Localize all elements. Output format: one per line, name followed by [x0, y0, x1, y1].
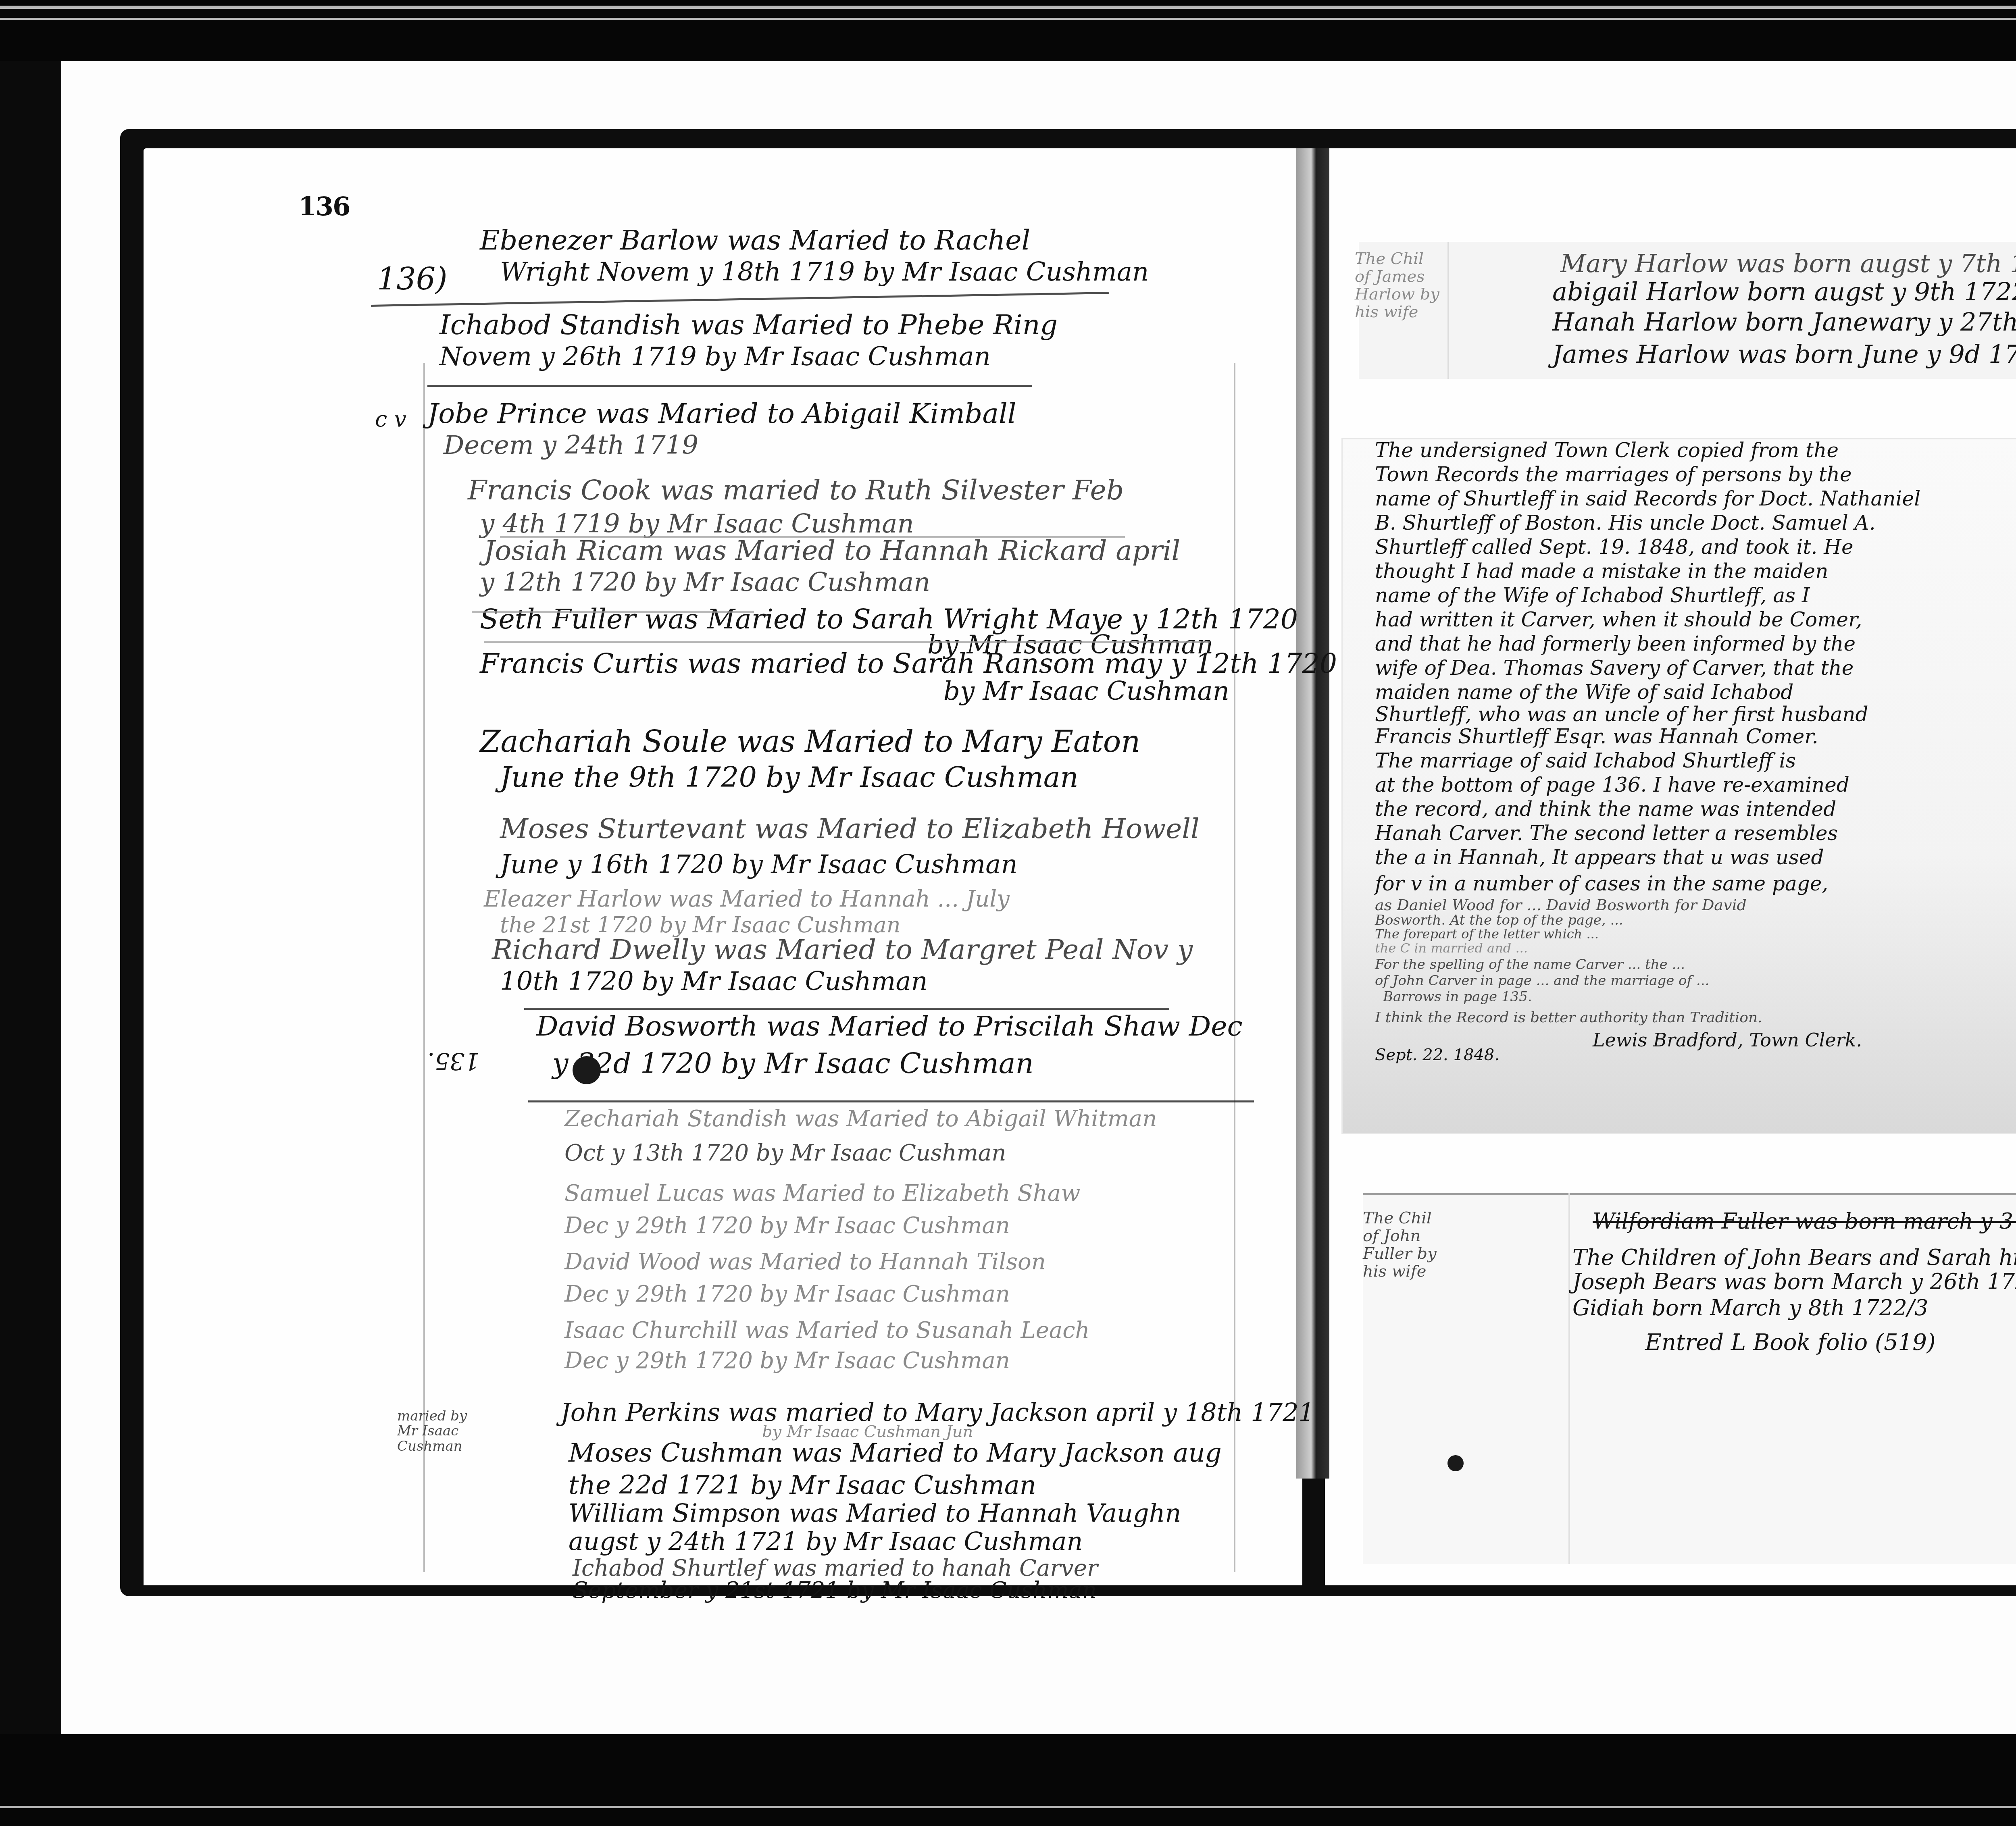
note-line: Hanah Carver. The second letter a resemb…: [1375, 822, 1838, 844]
ink-blot: [573, 1056, 601, 1084]
page-number-left: 136: [298, 191, 350, 222]
note-line: The marriage of said Ichabod Shurtleff i…: [1375, 750, 1796, 772]
marriage-entry-date: y 12th 1720 by Mr Isaac Cushman: [480, 568, 930, 597]
birth-entry: Mary Harlow was born augst y 7th 1720: [1560, 250, 2016, 277]
marriage-entry: Zachariah Soule was Maried to Mary Eaton: [480, 726, 1140, 758]
clerk-note-date: Sept. 22. 1848.: [1375, 1046, 1500, 1064]
note-line: I think the Record is better authority t…: [1375, 1010, 1762, 1026]
birth-entry: Joseph Bears was born March y 26th 1721: [1572, 1270, 2016, 1294]
marriage-entry: William Simpson was Maried to Hannah Vau…: [569, 1499, 1181, 1527]
marriage-entry: Ichabod Standish was Maried to Phebe Rin…: [439, 310, 1058, 341]
note-line: as Daniel Wood for ... David Bosworth fo…: [1375, 897, 1747, 914]
marriage-entry: David Bosworth was Maried to Priscilah S…: [536, 1012, 1243, 1042]
book-spine: [1296, 148, 1329, 1479]
lower-margin-heading: The Chil of John Fuller by his wife: [1363, 1209, 1452, 1280]
marriage-entry-date: by Mr Isaac Cushman: [943, 677, 1229, 705]
film-scratch-line: [0, 6, 2016, 9]
note-line: of John Carver in page ... and the marri…: [1375, 973, 1709, 988]
margin-rule: [1234, 363, 1235, 1572]
note-line: thought I had made a mistake in the maid…: [1375, 560, 1828, 582]
marriage-entry-date: the 22d 1721 by Mr Isaac Cushman: [569, 1471, 1036, 1499]
entry-divider: [427, 385, 1032, 387]
marriage-entry-date: the 21st 1720 by Mr Isaac Cushman: [500, 913, 901, 937]
marriage-entry-date: y 22d 1720 by Mr Isaac Cushman: [552, 1048, 1034, 1079]
entry-divider: [472, 611, 754, 613]
marriage-entry-date: June the 9th 1720 by Mr Isaac Cushman: [500, 762, 1079, 793]
note-line: for v in a number of cases in the same p…: [1375, 873, 1828, 895]
note-line: Barrows in page 135.: [1383, 990, 1532, 1005]
margin-rule: [1447, 242, 1449, 379]
marriage-entry: John Perkins was maried to Mary Jackson …: [560, 1399, 1314, 1426]
film-border-bottom: [0, 1734, 2016, 1826]
note-line: wife of Dea. Thomas Savery of Carver, th…: [1375, 657, 1854, 679]
marriage-entry: Ebenezer Barlow was Maried to Rachel: [480, 226, 1030, 256]
film-scratch-line: [0, 1806, 2016, 1808]
marriage-entry: Jobe Prince was Maried to Abigail Kimbal…: [427, 399, 1016, 429]
note-line: Francis Shurtleff Esqr. was Hannah Comer…: [1375, 726, 1818, 748]
note-line: name of Shurtleff in said Records for Do…: [1375, 488, 1920, 510]
note-line: and that he had formerly been informed b…: [1375, 633, 1856, 655]
marriage-entry-date: June y 16th 1720 by Mr Isaac Cushman: [500, 851, 1018, 879]
birth-entry: James Harlow was born June y 9d 1725: [1552, 341, 2016, 368]
marriage-entry-date: Novem y 26th 1719 by Mr Isaac Cushman: [439, 343, 991, 371]
margin-note: maried by Mr Isaac Cushman: [397, 1409, 478, 1454]
marriage-entry-date: Dec y 29th 1720 by Mr Isaac Cushman: [564, 1348, 1010, 1373]
birth-entry: The Children of John Bears and Sarah his…: [1572, 1246, 2016, 1269]
marriage-entry: Richard Dwelly was Maried to Margret Pea…: [492, 935, 1193, 965]
marriage-entry: Francis Cook was maried to Ruth Silveste…: [468, 476, 1124, 506]
margin-rule: [1568, 1193, 1570, 1564]
note-line: B. Shurtleff of Boston. His uncle Doct. …: [1375, 512, 1876, 534]
marriage-entry-date: Dec y 29th 1720 by Mr Isaac Cushman: [564, 1282, 1010, 1307]
birth-entry: Wilfordiam Fuller was born march y 3 172…: [1593, 1209, 2016, 1233]
harlow-margin-heading: The Chil of James Harlow by his wife: [1355, 250, 1443, 321]
note-line: maiden name of the Wife of said Ichabod: [1375, 681, 1793, 703]
marriage-entry: Samuel Lucas was Maried to Elizabeth Sha…: [564, 1181, 1080, 1206]
entry-divider: [528, 1100, 1254, 1102]
note-line: Shurtleff called Sept. 19. 1848, and too…: [1375, 536, 1853, 558]
film-border-top: [0, 0, 2016, 61]
note-line: the a in Hannah, It appears that u was u…: [1375, 846, 1824, 869]
handwritten-page-ref-left: 136): [377, 262, 448, 296]
marriage-entry: Josiah Ricam was Maried to Hannah Rickar…: [484, 536, 1180, 566]
entry-divider: [484, 641, 1210, 643]
margin-note: c v: [375, 407, 406, 431]
entered-folio-note: Entred L Book folio (519): [1645, 1330, 1936, 1355]
ink-blot: [1447, 1455, 1464, 1471]
note-line: at the bottom of page 136. I have re-exa…: [1375, 774, 1849, 796]
note-line: The undersigned Town Clerk copied from t…: [1375, 439, 1839, 462]
marriage-entry-date: Dec y 29th 1720 by Mr Isaac Cushman: [564, 1213, 1010, 1238]
note-line: name of the Wife of Ichabod Shurtleff, a…: [1375, 584, 1810, 607]
marriage-entry-date: augst y 24th 1721 by Mr Isaac Cushman: [569, 1528, 1083, 1555]
note-line: the record, and think the name was inten…: [1375, 798, 1836, 820]
marriage-entry: Eleazer Harlow was Maried to Hannah ... …: [484, 887, 1010, 912]
note-line: had written it Carver, when it should be…: [1375, 609, 1862, 631]
marriage-entry-date: 10th 1720 by Mr Isaac Cushman: [500, 967, 928, 996]
margin-note: 135.: [427, 1048, 479, 1074]
entry-divider: [524, 1008, 1169, 1010]
note-line: Bosworth. At the top of the page, ...: [1375, 913, 1623, 928]
marriage-entry-date: y 4th 1719 by Mr Isaac Cushman: [480, 510, 914, 538]
clerk-signature: Lewis Bradford, Town Clerk.: [1593, 1030, 1862, 1050]
section-divider: [1363, 1193, 2016, 1195]
birth-entry: Hanah Harlow born Janewary y 27th 1723/4: [1552, 308, 2016, 336]
birth-entry: Gidiah born March y 8th 1722/3: [1572, 1296, 1928, 1320]
note-line: the C in married and ...: [1375, 941, 1528, 955]
marriage-entry: Francis Curtis was maried to Sarah Ranso…: [480, 649, 1337, 679]
marriage-entry-date: September y 21st 1721 by Mr Isaac Cushma…: [573, 1578, 1097, 1603]
note-line: Town Records the marriages of persons by…: [1375, 464, 1852, 486]
marriage-entry-date: Decem y 24th 1719: [444, 431, 698, 460]
margin-rule: [423, 363, 425, 1572]
marriage-entry: Moses Cushman was Maried to Mary Jackson…: [569, 1439, 1222, 1467]
marriage-entry: Moses Sturtevant was Maried to Elizabeth…: [500, 814, 1200, 844]
marriage-entry-date: Wright Novem y 18th 1719 by Mr Isaac Cus…: [500, 258, 1149, 286]
marriage-entry: Zechariah Standish was Maried to Abigail…: [564, 1106, 1157, 1131]
note-line: For the spelling of the name Carver ... …: [1375, 957, 1685, 972]
film-scratch-line: [0, 18, 2016, 20]
marriage-entry-date: Oct y 13th 1720 by Mr Isaac Cushman: [564, 1141, 1006, 1166]
birth-entry: abigail Harlow born augst y 9th 1722: [1552, 278, 2016, 306]
note-line: Shurtleff, who was an uncle of her first…: [1375, 703, 1868, 726]
note-line: The forepart of the letter which ...: [1375, 927, 1599, 941]
marriage-entry: David Wood was Maried to Hannah Tilson: [564, 1250, 1046, 1275]
marriage-entry: Isaac Churchill was Maried to Susanah Le…: [564, 1318, 1090, 1343]
